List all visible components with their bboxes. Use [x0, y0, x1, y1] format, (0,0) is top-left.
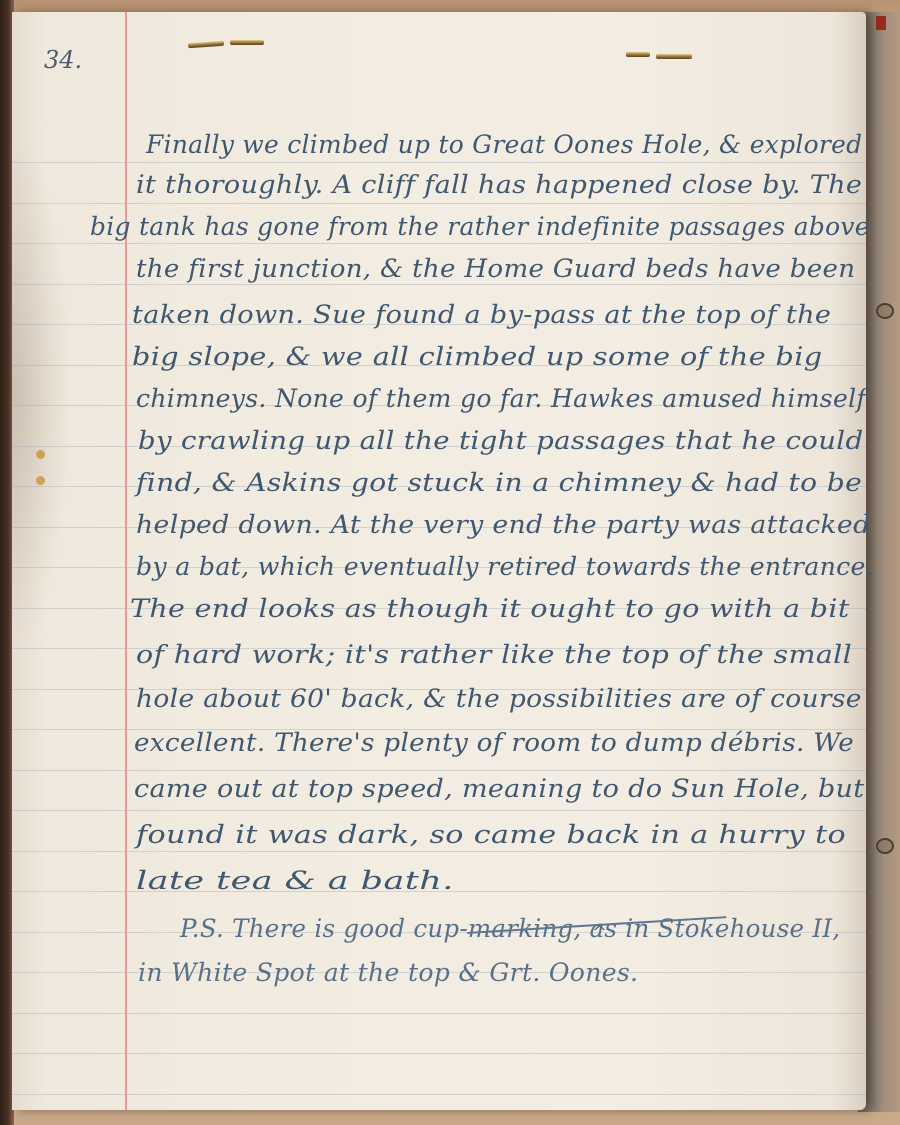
ruled-line [12, 284, 866, 285]
ruled-line [12, 810, 866, 811]
ruled-line [12, 203, 866, 204]
staple-right-a [626, 52, 650, 57]
handwritten-line: find, & Askins got stuck in a chimney & … [136, 470, 862, 495]
notebook-page: 34. Finally we climbed up to Great Oones… [12, 12, 866, 1110]
margin-rule [125, 12, 127, 1110]
page-number: 34. [44, 46, 82, 74]
ruled-line [12, 851, 866, 852]
notebook-photo: 34. Finally we climbed up to Great Oones… [0, 0, 900, 1125]
ruled-line [12, 243, 866, 244]
staple-left-b [230, 40, 264, 45]
handwritten-line: late tea & a bath. [136, 868, 454, 893]
handwritten-line: taken down. Sue found a by-pass at the t… [132, 302, 831, 327]
insertion-caret: ^ [592, 922, 607, 943]
handwritten-line: chimneys. None of them go far. Hawkes am… [136, 386, 866, 411]
ruled-line [12, 1053, 866, 1054]
rust-spot [36, 450, 45, 459]
handwritten-line: helped down. At the very end the party w… [136, 512, 871, 537]
staple-left-a [188, 41, 224, 48]
binding-ring [876, 303, 894, 319]
handwritten-line: big tank has gone from the rather indefi… [90, 214, 870, 239]
binding-ring [876, 838, 894, 854]
ruled-line [12, 1013, 866, 1014]
handwritten-line: came out at top speed, meaning to do Sun… [134, 776, 864, 801]
ruled-line [12, 162, 866, 163]
handwritten-line: hole about 60' back, & the possibilities… [136, 686, 862, 711]
handwritten-line: found it was dark, so came back in a hur… [136, 822, 846, 847]
handwritten-line: by crawling up all the tight passages th… [138, 428, 863, 453]
handwritten-line: big slope, & we all climbed up some of t… [132, 344, 823, 369]
handwritten-line: in White Spot at the top & Grt. Oones. [138, 960, 638, 985]
handwritten-line: by a bat, which eventually retired towar… [136, 554, 874, 579]
handwritten-line: The end looks as though it ought to go w… [130, 596, 850, 621]
page-stain [12, 132, 72, 652]
rust-spot [36, 476, 45, 485]
handwritten-line: the first junction, & the Home Guard bed… [136, 256, 855, 281]
handwritten-line: Finally we climbed up to Great Oones Hol… [146, 132, 862, 157]
handwritten-line: of hard work; it's rather like the top o… [136, 642, 852, 667]
handwritten-line: it thoroughly. A cliff fall has happened… [136, 172, 862, 197]
staple-right-b [656, 54, 692, 59]
ruled-line [12, 1094, 866, 1095]
ruled-line [12, 770, 866, 771]
handwritten-line: excellent. There's plenty of room to dum… [134, 730, 854, 755]
cover-red-corner [876, 16, 886, 30]
